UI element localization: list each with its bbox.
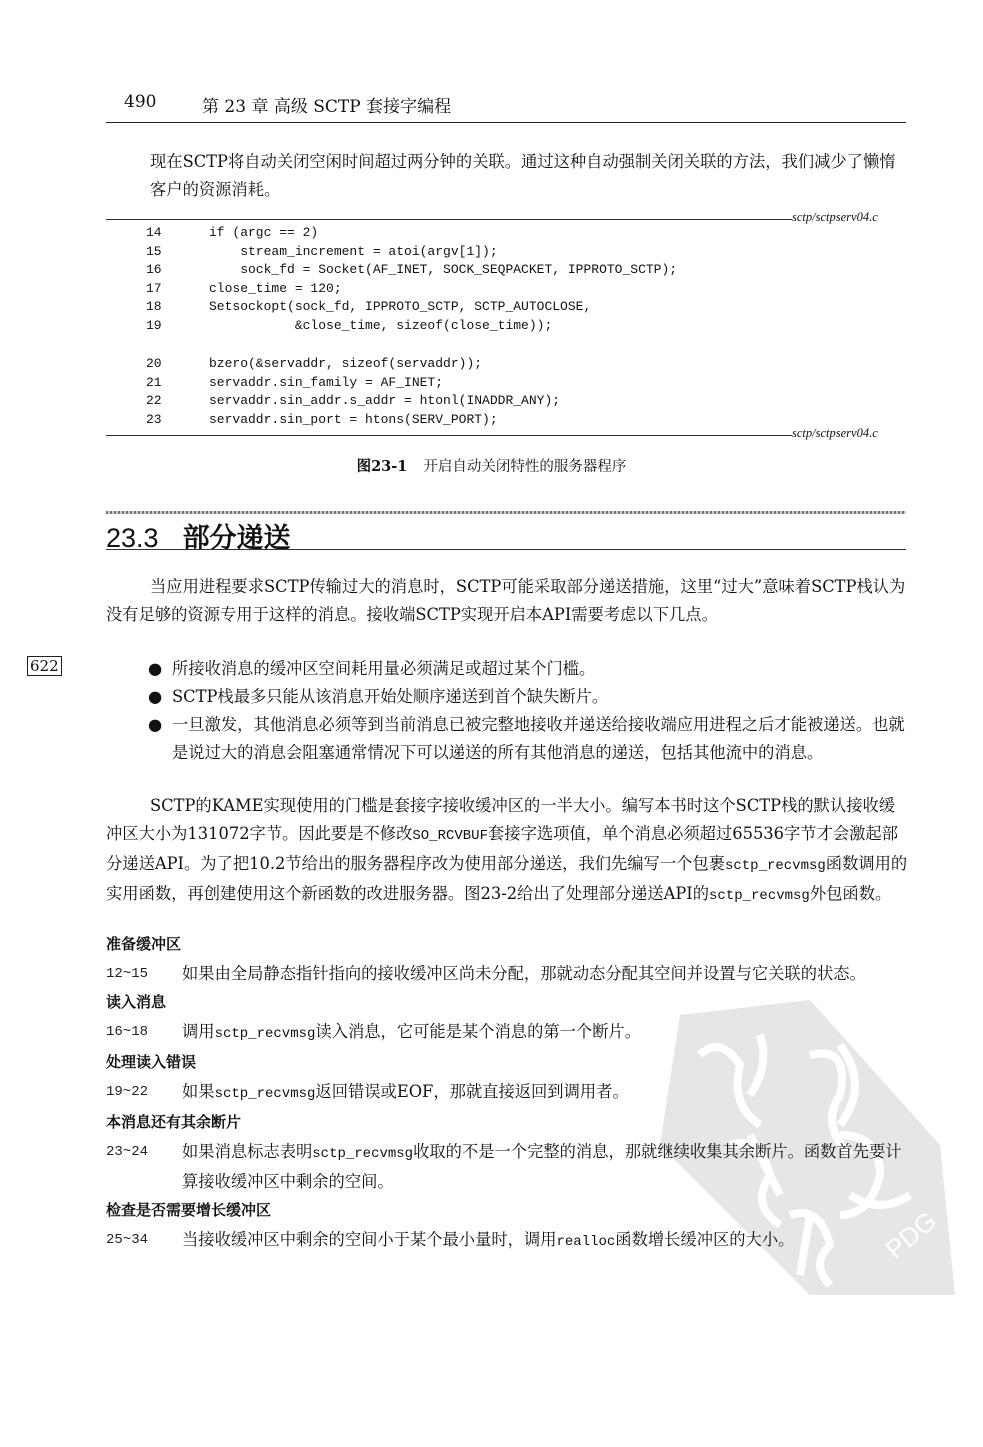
code-line: 20bzero(&servaddr, sizeof(servaddr));	[146, 355, 846, 374]
line-number: 17	[146, 280, 176, 299]
code-term: sctp_recvmsg	[215, 1026, 316, 1042]
paragraph-partial-delivery-intro: 当应用进程要求SCTP传输过大的消息时，SCTP可能采取部分递送措施，这里“过大…	[106, 573, 910, 629]
code-rule-bottom	[106, 435, 792, 436]
bullet-list: ●所接收消息的缓冲区空间耗用量必须满足或超过某个门槛。 ●SCTP栈最多只能从该…	[148, 655, 910, 767]
code-term: realloc	[556, 1234, 615, 1250]
code-line: 23servaddr.sin_port = htons(SERV_PORT);	[146, 411, 846, 430]
line-range: 12~15	[106, 960, 148, 988]
line-number: 16	[146, 261, 176, 280]
figure-number: 图23-1	[357, 458, 408, 475]
page-number: 490	[124, 92, 156, 112]
code-line: 14if (argc == 2)	[146, 224, 846, 243]
code-filename-top: sctp/sctpserv04.c	[792, 210, 878, 225]
section-bottom-rule	[106, 549, 906, 550]
bullet-icon: ●	[148, 655, 162, 683]
explanation-heading: 本消息还有其余断片	[106, 1108, 912, 1138]
explanation-item: 16~18调用sctp_recvmsg读入消息，它可能是某个消息的第一个断片。	[106, 1018, 912, 1048]
code-text: sock_fd = Socket(AF_INET, SOCK_SEQPACKET…	[209, 261, 677, 280]
explanation-heading: 准备缓冲区	[106, 930, 912, 960]
list-item: ●SCTP栈最多只能从该消息开始处顺序递送到首个缺失断片。	[148, 683, 910, 711]
code-text: close_time = 120;	[209, 280, 342, 299]
header-rule	[106, 122, 906, 123]
code-term: sctp_recvmsg	[215, 1086, 316, 1102]
line-number: 22	[146, 392, 176, 411]
code-text: servaddr.sin_family = AF_INET;	[209, 374, 443, 393]
line-number: 19	[146, 317, 176, 336]
text-run: 当接收缓冲区中剩余的空间小于某个最小量时，调用	[182, 1230, 556, 1249]
code-block-2: 20bzero(&servaddr, sizeof(servaddr)); 21…	[146, 355, 846, 429]
line-range: 25~34	[106, 1226, 148, 1254]
list-item: ●所接收消息的缓冲区空间耗用量必须满足或超过某个门槛。	[148, 655, 910, 683]
code-line: 17close_time = 120;	[146, 280, 846, 299]
chapter-title: 第 23 章 高级 SCTP 套接字编程	[202, 92, 451, 117]
section-top-rule	[106, 511, 906, 514]
text-run: 如果由全局静态指针指向的接收缓冲区尚未分配，那就动态分配其空间并设置与它关联的状…	[182, 964, 866, 983]
line-number: 18	[146, 298, 176, 317]
code-term: SO_RCVBUF	[412, 828, 488, 844]
line-number: 21	[146, 374, 176, 393]
code-text: &close_time, sizeof(close_time));	[209, 317, 552, 336]
text-run: 返回错误或EOF，那就直接返回到调用者。	[315, 1082, 628, 1101]
explanation-item: 25~34当接收缓冲区中剩余的空间小于某个最小量时，调用realloc函数增长缓…	[106, 1226, 912, 1256]
line-range: 23~24	[106, 1138, 148, 1166]
bullet-icon: ●	[148, 711, 162, 739]
code-term: sctp_recvmsg	[312, 1146, 413, 1162]
code-rule-top	[106, 219, 792, 220]
code-term: sctp_recvmsg	[709, 888, 810, 904]
explanation-heading: 处理读入错误	[106, 1048, 912, 1078]
text-run: 函数增长缓冲区的大小。	[615, 1230, 794, 1249]
intro-paragraph: 现在SCTP将自动关闭空闲时间超过两分钟的关联。通过这种自动强制关闭关联的方法，…	[150, 148, 910, 204]
code-filename-bottom: sctp/sctpserv04.c	[792, 426, 878, 441]
explanation-heading: 读入消息	[106, 988, 912, 1018]
text-run: 如果	[182, 1082, 215, 1101]
code-text: servaddr.sin_port = htons(SERV_PORT);	[209, 411, 498, 430]
list-item: ●一旦激发，其他消息必须等到当前消息已被完整地接收并递送给接收端应用进程之后才能…	[148, 711, 910, 767]
code-text: bzero(&servaddr, sizeof(servaddr));	[209, 355, 482, 374]
text-run: 外包函数。	[810, 884, 891, 903]
code-text: Setsockopt(sock_fd, IPPROTO_SCTP, SCTP_A…	[209, 298, 591, 317]
margin-page-ref: 622	[27, 656, 62, 676]
code-explanations: 准备缓冲区 12~15如果由全局静态指针指向的接收缓冲区尚未分配，那就动态分配其…	[106, 930, 912, 1256]
code-line: 22servaddr.sin_addr.s_addr = htonl(INADD…	[146, 392, 846, 411]
running-header: 490 第 23 章 高级 SCTP 套接字编程	[106, 92, 906, 122]
code-block-1: 14if (argc == 2) 15 stream_increment = a…	[146, 224, 846, 336]
code-text: if (argc == 2)	[209, 224, 318, 243]
list-item-text: 所接收消息的缓冲区空间耗用量必须满足或超过某个门槛。	[172, 659, 595, 678]
code-term: sctp_recvmsg	[725, 858, 826, 874]
list-item-text: SCTP栈最多只能从该消息开始处顺序递送到首个缺失断片。	[172, 687, 608, 706]
line-range: 19~22	[106, 1078, 148, 1106]
figure-caption: 图23-1开启自动关闭特性的服务器程序	[0, 455, 983, 476]
text-run: 读入消息，它可能是某个消息的第一个断片。	[315, 1022, 641, 1041]
code-line: 21servaddr.sin_family = AF_INET;	[146, 374, 846, 393]
list-item-text: 一旦激发，其他消息必须等到当前消息已被完整地接收并递送给接收端应用进程之后才能被…	[172, 715, 905, 762]
code-line: 18Setsockopt(sock_fd, IPPROTO_SCTP, SCTP…	[146, 298, 846, 317]
line-number: 20	[146, 355, 176, 374]
code-text: servaddr.sin_addr.s_addr = htonl(INADDR_…	[209, 392, 560, 411]
explanation-item: 12~15如果由全局静态指针指向的接收缓冲区尚未分配，那就动态分配其空间并设置与…	[106, 960, 912, 988]
explanation-heading: 检查是否需要增长缓冲区	[106, 1196, 912, 1226]
code-line: 19 &close_time, sizeof(close_time));	[146, 317, 846, 336]
figure-caption-text: 开启自动关闭特性的服务器程序	[423, 459, 626, 475]
explanation-item: 23~24如果消息标志表明sctp_recvmsg收取的不是一个完整的消息，那就…	[106, 1138, 912, 1196]
code-line: 15 stream_increment = atoi(argv[1]);	[146, 243, 846, 262]
text-run: 如果消息标志表明	[182, 1142, 312, 1161]
line-range: 16~18	[106, 1018, 148, 1046]
line-number: 15	[146, 243, 176, 262]
explanation-item: 19~22如果sctp_recvmsg返回错误或EOF，那就直接返回到调用者。	[106, 1078, 912, 1108]
text-run: 调用	[182, 1022, 215, 1041]
line-number: 14	[146, 224, 176, 243]
paragraph-kame-threshold: SCTP的KAME实现使用的门槛是套接字接收缓冲区的一半大小。编写本书时这个SC…	[106, 792, 910, 910]
code-text: stream_increment = atoi(argv[1]);	[209, 243, 498, 262]
bullet-icon: ●	[148, 683, 162, 711]
line-number: 23	[146, 411, 176, 430]
code-line: 16 sock_fd = Socket(AF_INET, SOCK_SEQPAC…	[146, 261, 846, 280]
